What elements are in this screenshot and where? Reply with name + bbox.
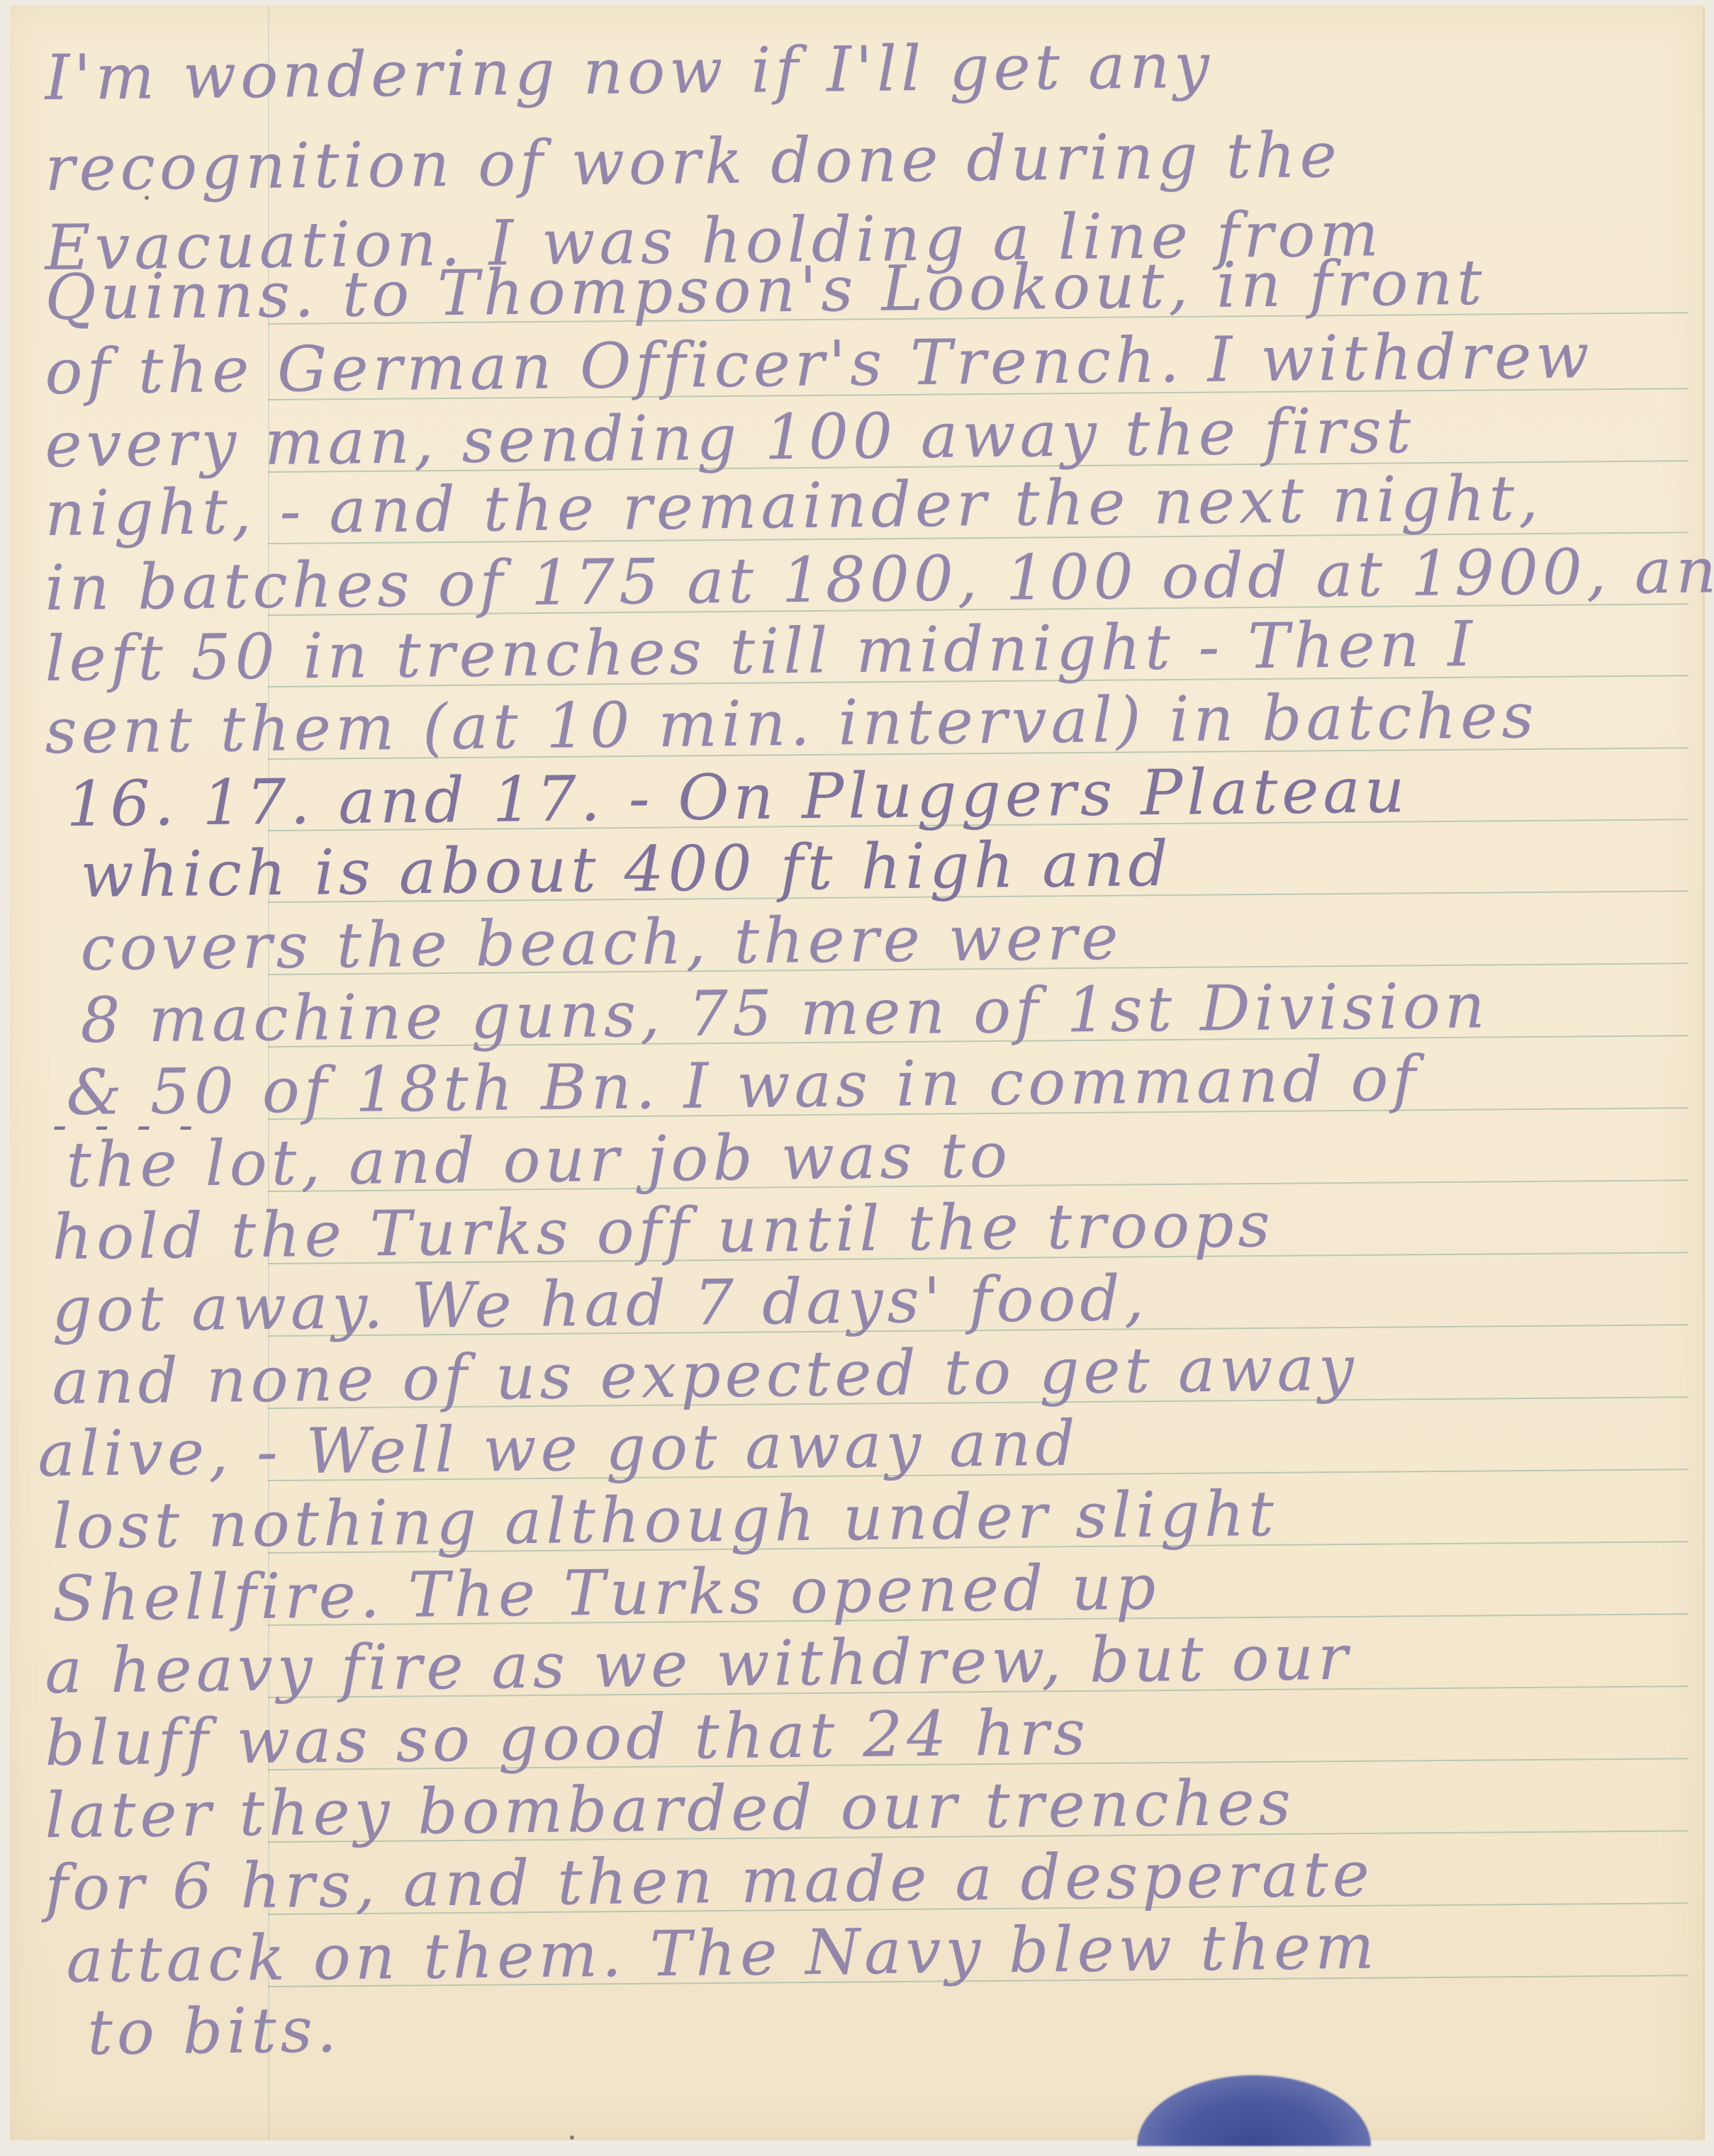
handwritten-line: & 50 of 18th Bn. I was in command of	[66, 1042, 1421, 1129]
paper-speck	[570, 2135, 574, 2140]
ink-blot	[1137, 2075, 1371, 2146]
handwritten-line: alive, - Well we got away and	[38, 1407, 1080, 1490]
handwritten-line: Shellfire. The Turks opened up	[52, 1551, 1160, 1635]
handwritten-line: lost nothing although under slight	[52, 1477, 1278, 1563]
handwritten-line: recognition of work done during the	[45, 118, 1341, 205]
handwritten-line: and none of us expected to get away	[52, 1332, 1358, 1418]
handwritten-line: attack on them. The Navy blew them	[66, 1910, 1379, 1997]
handwritten-line: for 6 hrs, and then made a desperate	[45, 1837, 1374, 1924]
handwritten-line: bluff was so good that 24 hrs	[45, 1696, 1090, 1780]
margin-mark: - - - -	[52, 1101, 200, 1150]
handwritten-line: got away. We had 7 days' food,	[52, 1262, 1148, 1346]
handwritten-line: 16. 17. and 17. - On Pluggers Plateau	[66, 753, 1409, 841]
handwritten-line: covers the beach, there were	[80, 901, 1123, 984]
handwritten-line: hold the Turks off until the troops	[52, 1188, 1275, 1274]
handwritten-line: to bits.	[87, 1993, 341, 2069]
handwritten-line: I'm wondering now if I'll get any	[45, 29, 1214, 114]
handwritten-line: the lot, and our job was to	[66, 1118, 1012, 1201]
letter-page: I'm wondering now if I'll get any recogn…	[10, 6, 1705, 2140]
paper-speck	[145, 196, 149, 200]
handwritten-line: Quinns. to Thompson's Lookout, in front	[45, 246, 1486, 334]
handwritten-line: which is about 400 ft high and	[80, 827, 1172, 911]
handwritten-line: night, - and the remainder the next nigh…	[45, 461, 1543, 550]
handwritten-line: a heavy fire as we withdrew, but our	[45, 1621, 1352, 1707]
handwritten-line: later they bombarded our trenches	[45, 1766, 1295, 1852]
